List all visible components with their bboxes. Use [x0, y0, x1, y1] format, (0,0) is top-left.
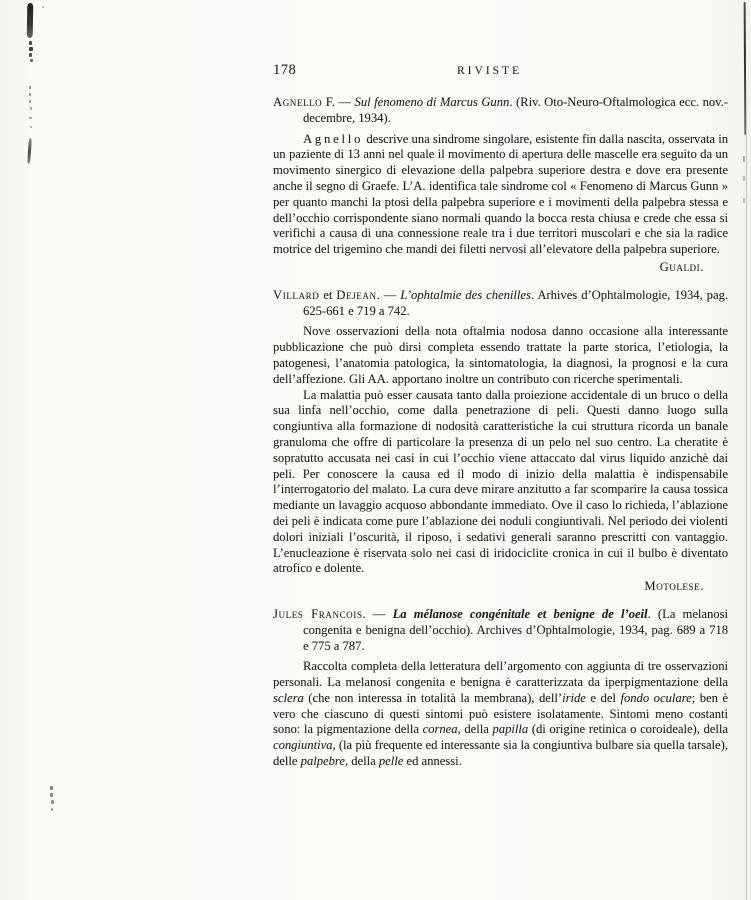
text-run: palpebre [301, 754, 345, 768]
faint-mark [29, 117, 32, 119]
text-run: e del [586, 691, 621, 705]
entry-heading: Agnello F. — Sul fenomeno di Marcus Gunn… [273, 95, 728, 127]
text-run: Agnello [273, 95, 322, 109]
faint-mark [29, 100, 31, 103]
text-run: . — [362, 607, 392, 621]
reviewer-name: Gualdi. [660, 260, 704, 274]
ink-curve-mark [27, 138, 32, 164]
text-run: Dejean [336, 288, 376, 302]
text-run: (che non interessa in totalità la membra… [304, 691, 562, 705]
reviewer-signature: Gualdi. [273, 260, 704, 276]
text-run: sclera [273, 691, 304, 705]
entry-heading: Villard et Dejean. — L’ophtalmie des che… [273, 288, 728, 320]
margin-dash-bottom-left [50, 793, 53, 797]
scanned-journal-page: 178 RIVISTE Agnello F. — Sul fenomeno di… [0, 0, 751, 900]
text-run: Jules Francois [273, 607, 362, 621]
margin-dash-bottom-left [51, 800, 54, 804]
edge-dash [743, 176, 745, 181]
review-entry: Villard et Dejean. — L’ophtalmie des che… [273, 288, 728, 595]
entry-paragraph: Nove osservazioni della nota oftalmia no… [273, 324, 728, 387]
ink-dash [29, 53, 32, 57]
text-run: La malattia può esser causata tanto dall… [273, 388, 728, 576]
review-entry: Jules Francois. — La mélanose congénital… [273, 607, 728, 770]
text-run: , della [458, 722, 493, 736]
text-run: fondo oculare [620, 691, 691, 705]
text-run: Raccolta completa della letteratura dell… [273, 659, 728, 689]
text-run: papilla [492, 722, 528, 736]
ink-dash [29, 41, 32, 45]
edge-dash [743, 156, 745, 162]
entry-paragraph: Raccolta completa della letteratura dell… [273, 659, 728, 770]
edge-dash [743, 198, 745, 203]
text-run: ed annessi. [403, 754, 461, 768]
text-run: Villard [273, 288, 319, 302]
text-run: Nove osservazioni della nota oftalmia no… [273, 324, 728, 385]
text-run: congiuntiva [273, 738, 332, 752]
page-edge-line-faint [746, 128, 747, 900]
margin-dash-bottom-left [50, 786, 53, 790]
ink-dash [30, 59, 33, 62]
entry-heading: Jules Francois. — La mélanose congénital… [273, 607, 728, 654]
entry-paragraph: Agnello descrive una sindrome singolare,… [273, 132, 728, 258]
text-run: (di origine retinica o coroideale), dell… [528, 722, 728, 736]
ink-dash [29, 47, 33, 51]
text-run: cornea [423, 722, 458, 736]
faint-mark [29, 86, 31, 89]
text-run: F. — [322, 95, 354, 109]
text-run: , della [345, 754, 379, 768]
entry-paragraph: La malattia può esser causata tanto dall… [273, 388, 728, 578]
text-run: Sul fenomeno di Marcus Gunn [355, 95, 510, 109]
reviews-list: Agnello F. — Sul fenomeno di Marcus Gunn… [273, 95, 728, 782]
text-run: Agnello [303, 132, 363, 146]
faint-mark [30, 107, 32, 110]
text-run: pelle [379, 754, 403, 768]
faint-mark [29, 93, 31, 96]
margin-dash-bottom-left [51, 808, 53, 811]
review-entry: Agnello F. — Sul fenomeno di Marcus Gunn… [273, 95, 728, 276]
text-run: iride [562, 691, 586, 705]
reviewer-signature: Motolese. [273, 579, 704, 595]
page-header: 178 RIVISTE [273, 62, 728, 80]
text-run: L’ophtalmie des chenilles [400, 288, 531, 302]
reviewer-name: Motolese. [644, 579, 704, 593]
ink-smudge-top-left [27, 3, 34, 38]
page-edge-line-dark [744, 2, 747, 135]
text-run: La mélanose congénitale et benigne de l’… [393, 607, 648, 621]
faint-speck [42, 6, 44, 8]
text-run: et [319, 288, 336, 302]
text-run: . — [377, 288, 401, 302]
running-title: RIVISTE [273, 65, 706, 77]
text-run: descrive una sindrome singolare, esisten… [273, 132, 728, 257]
faint-mark [30, 126, 32, 128]
